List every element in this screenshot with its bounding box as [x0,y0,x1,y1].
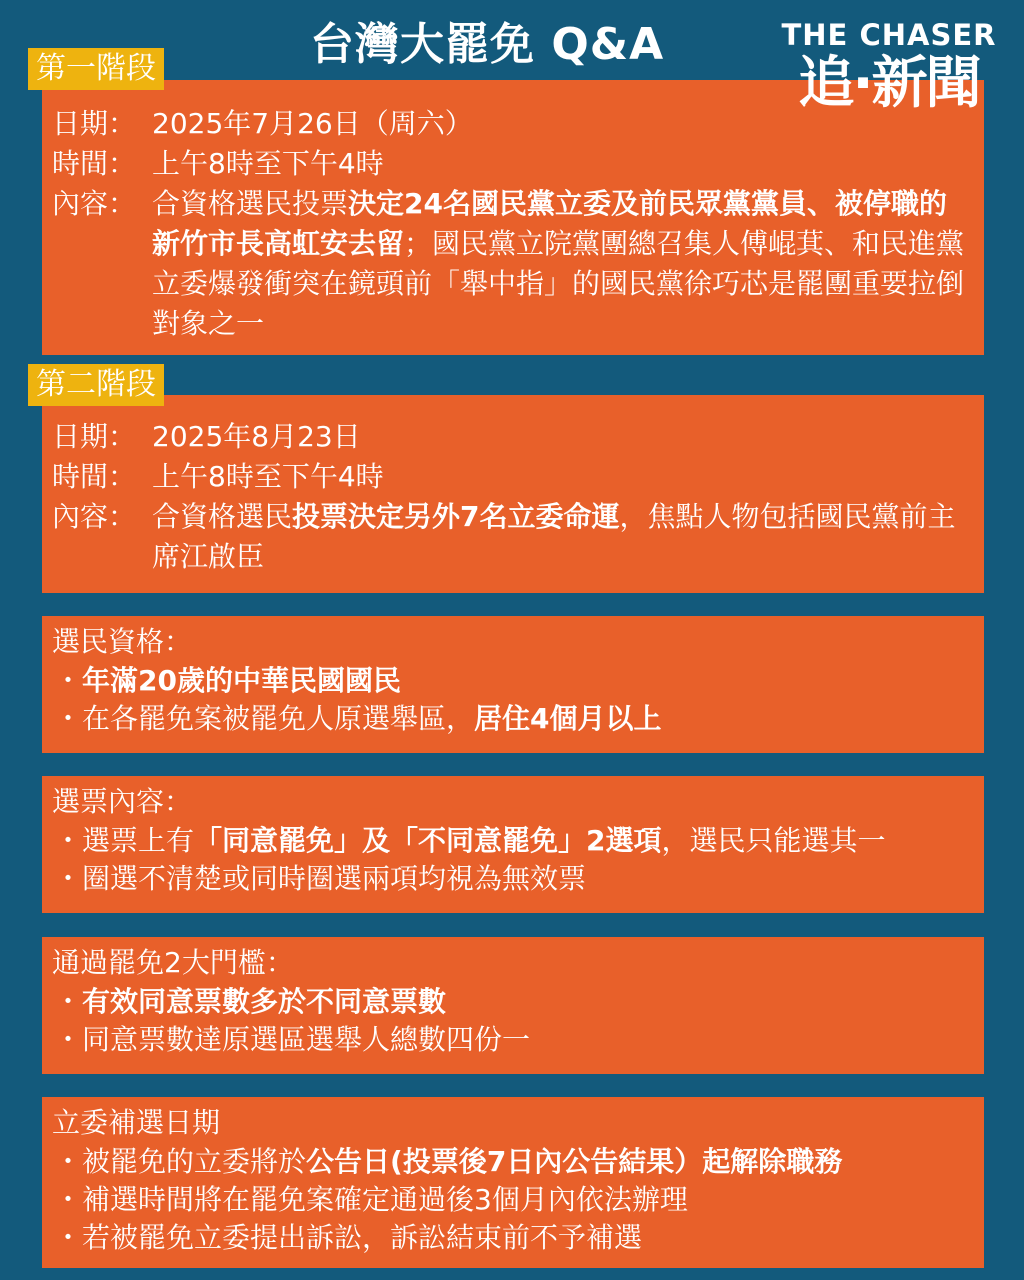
item-text: ，選民只能選其一 [662,824,886,857]
eligibility-heading: 選民資格： [52,622,974,662]
stage2-box: 日期： 2025年8月23日 時間： 上午8時至下午4時 內容： 合資格選民投票… [42,395,984,593]
content-value: 合資格選民投票決定另外7名立委命運，焦點人物包括國民黨前主席江啟臣 [152,497,974,577]
time-value: 上午8時至下午4時 [152,144,974,184]
ballot-item: 圈選不清楚或同時圈選兩項均視為無效票 [52,860,974,898]
date-value: 2025年8月23日 [152,417,974,457]
stage2-time-row: 時間： 上午8時至下午4時 [52,457,974,497]
byelection-item: 若被罷免立委提出訴訟，訴訟結束前不予補選 [52,1219,974,1257]
eligibility-box: 選民資格： 年滿20歲的中華民國國民 在各罷免案被罷免人原選舉區，居住4個月以上 [42,616,984,753]
item-highlight: 年滿20歲的中華民國國民 [82,664,401,697]
ballot-item: 選票上有「同意罷免」及「不同意罷免」2選項，選民只能選其一 [52,822,974,860]
byelection-item: 被罷免的立委將於公告日(投票後7日內公告結果）起解除職務 [52,1143,974,1181]
date-label: 日期： [52,417,152,457]
ballot-heading: 選票內容： [52,782,974,822]
stage1-tag: 第一階段 [28,48,164,90]
content-label: 內容： [52,497,152,577]
time-label: 時間： [52,457,152,497]
time-value: 上午8時至下午4時 [152,457,974,497]
item-text: 在各罷免案被罷免人原選舉區， [82,702,474,735]
byelection-heading: 立委補選日期 [52,1103,974,1143]
ballot-box: 選票內容： 選票上有「同意罷免」及「不同意罷免」2選項，選民只能選其一 圈選不清… [42,776,984,913]
content-highlight: 投票決定另外7名立委命運 [292,500,619,533]
stage1-time-row: 時間： 上午8時至下午4時 [52,144,974,184]
date-label: 日期： [52,104,152,144]
content-text: 合資格選民投票 [152,187,348,220]
content-text: 合資格選民 [152,500,292,533]
content-label: 內容： [52,184,152,344]
item-highlight: 公告日(投票後7日內公告結果）起解除職務 [306,1145,842,1178]
logo-chinese: 追·新聞 [778,52,1000,116]
threshold-heading: 通過罷免2大門檻： [52,943,974,983]
item-highlight: 「同意罷免」及「不同意罷免」2選項 [194,824,661,857]
threshold-box: 通過罷免2大門檻： 有效同意票數多於不同意票數 同意票數達原選區選舉人總數四份一 [42,937,984,1074]
logo-english: THE CHASER [778,18,1000,52]
stage2-tag: 第二階段 [28,364,164,406]
threshold-item: 有效同意票數多於不同意票數 [52,983,974,1021]
item-text: 被罷免的立委將於 [82,1145,306,1178]
content-value: 合資格選民投票決定24名國民黨立委及前民眾黨黨員、被停職的新竹市長高虹安去留；國… [152,184,974,344]
stage1-content-row: 內容： 合資格選民投票決定24名國民黨立委及前民眾黨黨員、被停職的新竹市長高虹安… [52,184,974,344]
stage2-content-row: 內容： 合資格選民投票決定另外7名立委命運，焦點人物包括國民黨前主席江啟臣 [52,497,974,577]
threshold-item: 同意票數達原選區選舉人總數四份一 [52,1021,974,1059]
eligibility-item: 年滿20歲的中華民國國民 [52,662,974,700]
logo: THE CHASER 追·新聞 [778,18,1000,116]
byelection-box: 立委補選日期 被罷免的立委將於公告日(投票後7日內公告結果）起解除職務 補選時間… [42,1097,984,1268]
item-highlight: 有效同意票數多於不同意票數 [82,985,446,1018]
time-label: 時間： [52,144,152,184]
stage1-box: 日期： 2025年7月26日（周六） 時間： 上午8時至下午4時 內容： 合資格… [42,80,984,355]
byelection-item: 補選時間將在罷免案確定通過後3個月內依法辦理 [52,1181,974,1219]
item-text: 選票上有 [82,824,194,857]
stage2-date-row: 日期： 2025年8月23日 [52,417,974,457]
eligibility-item: 在各罷免案被罷免人原選舉區，居住4個月以上 [52,700,974,738]
page-title: 台灣大罷免 Q&A [310,8,664,72]
item-highlight: 居住4個月以上 [474,702,661,735]
